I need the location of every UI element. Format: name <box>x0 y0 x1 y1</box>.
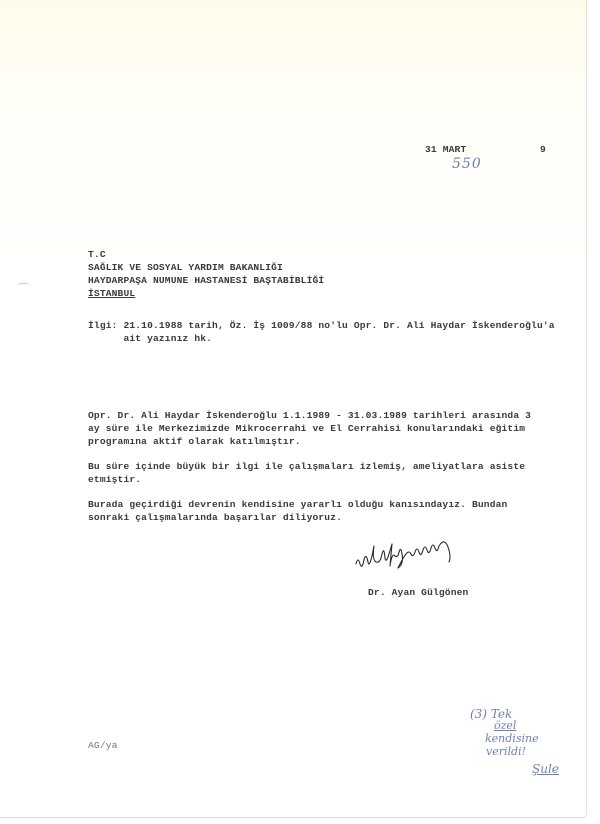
letter-year-fragment: 9 <box>540 143 546 156</box>
body-paragraph-3-line-2: sonraki çalışmalarında başarılar diliyor… <box>88 511 342 524</box>
body-paragraph-2-line-1: Bu süre içinde büyük bir ilgi ile çalışm… <box>88 460 525 473</box>
handwritten-file-number: 550 <box>452 156 482 172</box>
handwritten-note-line-2: özel <box>494 719 516 732</box>
reference-line-2: ait yazınız hk. <box>88 332 212 345</box>
handwritten-signature <box>350 540 490 585</box>
reference-line-1: İlgi: 21.10.1988 tarih, Öz. İş 1009/88 n… <box>88 319 555 332</box>
recipient-line-3: HAYDARPAŞA NUMUNE HASTANESİ BAŞTABİBLİĞİ <box>88 274 324 287</box>
body-paragraph-2-line-2: etmiştir. <box>88 473 141 486</box>
recipient-line-1: T.C <box>88 248 106 261</box>
recipient-city: İSTANBUL <box>88 287 135 300</box>
signatory-name: Dr. Ayan Gülgönen <box>368 586 468 599</box>
body-paragraph-1-line-1: Opr. Dr. Ali Haydar İskenderoğlu 1.1.198… <box>88 409 531 422</box>
body-paragraph-1-line-2: ay süre ile Merkezimizde Mikrocerrahi ve… <box>88 422 525 435</box>
reference-initials: AG/ya <box>88 739 118 752</box>
handwritten-note-initials: Şule <box>532 762 559 776</box>
handwritten-note-line-3: kendisine <box>485 732 539 745</box>
letter-date: 31 MART <box>425 143 466 156</box>
punch-hole-mark <box>17 283 29 287</box>
handwritten-note-line-4: verildi! <box>486 745 526 758</box>
recipient-line-2: SAĞLIK VE SOSYAL YARDIM BAKANLIĞI <box>88 261 283 274</box>
body-paragraph-1-line-3: programına aktif olarak katılmıştır. <box>88 435 301 448</box>
body-paragraph-3-line-1: Burada geçirdiği devrenin kendisine yara… <box>88 498 507 511</box>
